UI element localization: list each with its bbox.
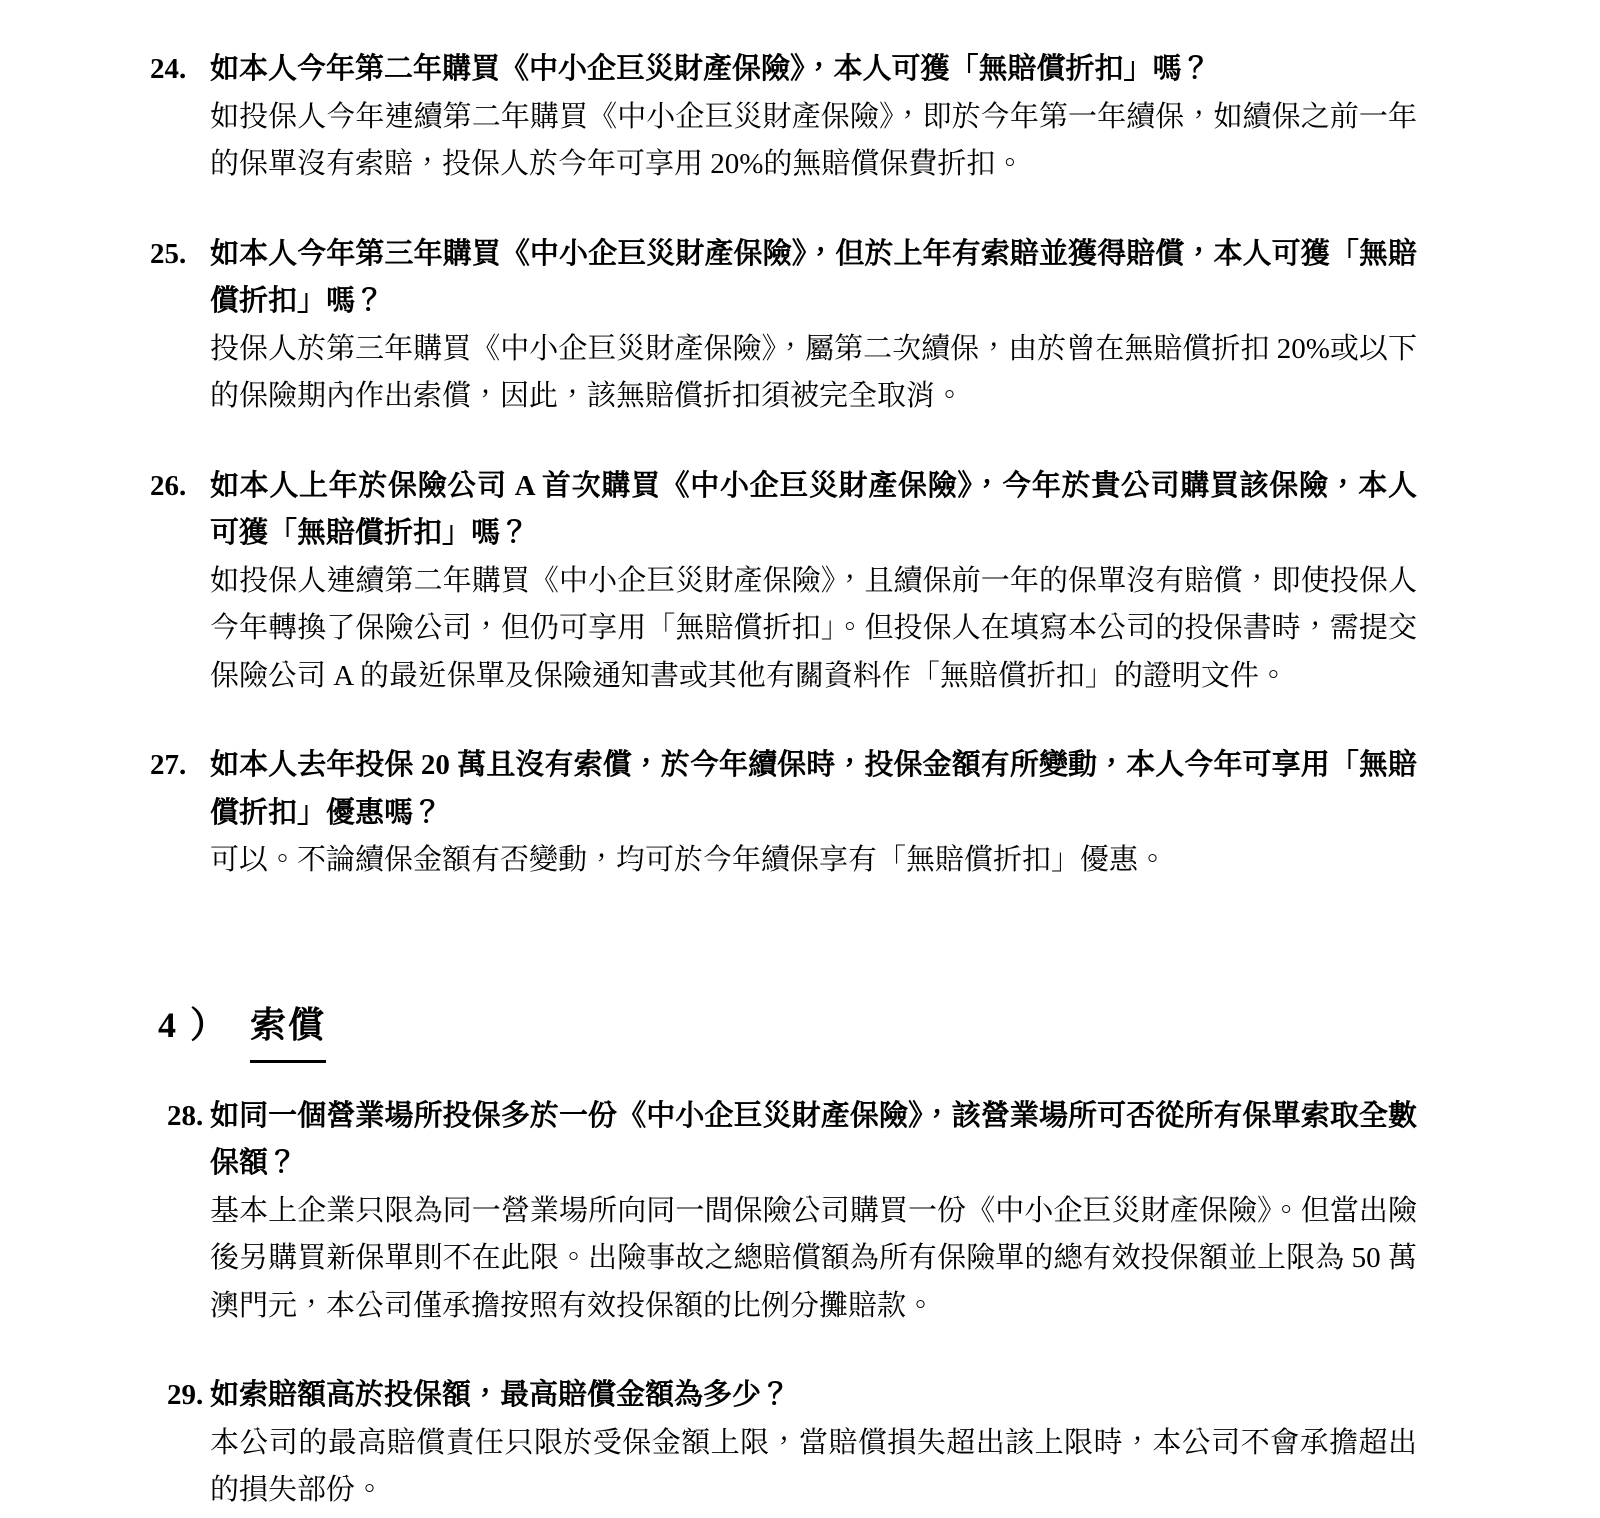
section-title: 索償 <box>250 997 326 1063</box>
answer-text: 投保人於第三年購買《中小企巨災財產保險》，屬第二次續保，由於曾在無賠償折扣 20… <box>210 326 1417 421</box>
document-page: 24. 如本人今年第二年購買《中小企巨災財產保險》，本人可獲「無賠償折扣」嗎？ … <box>0 0 1600 1518</box>
question-text: 如索賠額高於投保額，最高賠償金額為多少？ <box>210 1372 1417 1420</box>
faq-body: 如同一個營業場所投保多於一份《中小企巨災財產保險》，該營業場所可否從所有保單索取… <box>210 1093 1417 1331</box>
faq-body: 如本人今年第三年購買《中小企巨災財產保險》，但於上年有索賠並獲得賠償，本人可獲「… <box>210 231 1417 421</box>
answer-text: 可以。不論續保金額有否變動，均可於今年續保享有「無賠償折扣」優惠。 <box>210 837 1417 885</box>
section-header-claims: 4）索償 <box>158 997 1417 1063</box>
faq-body: 如本人今年第二年購買《中小企巨災財產保險》，本人可獲「無賠償折扣」嗎？ 如投保人… <box>210 46 1417 189</box>
faq-item-26: 26. 如本人上年於保險公司 A 首次購買《中小企巨災財產保險》，今年於貴公司購… <box>150 463 1417 701</box>
answer-text: 如投保人今年連續第二年購買《中小企巨災財產保險》，即於今年第一年續保，如續保之前… <box>210 94 1417 189</box>
question-number: 29. <box>150 1372 210 1515</box>
question-text: 如本人今年第三年購買《中小企巨災財產保險》，但於上年有索賠並獲得賠償，本人可獲「… <box>210 231 1417 326</box>
question-text: 如本人上年於保險公司 A 首次購買《中小企巨災財產保險》，今年於貴公司購買該保險… <box>210 463 1417 558</box>
question-number: 25. <box>150 231 210 421</box>
faq-item-24: 24. 如本人今年第二年購買《中小企巨災財產保險》，本人可獲「無賠償折扣」嗎？ … <box>150 46 1417 189</box>
faq-body: 如本人上年於保險公司 A 首次購買《中小企巨災財產保險》，今年於貴公司購買該保險… <box>210 463 1417 701</box>
faq-item-25: 25. 如本人今年第三年購買《中小企巨災財產保險》，但於上年有索賠並獲得賠償，本… <box>150 231 1417 421</box>
faq-item-28: 28. 如同一個營業場所投保多於一份《中小企巨災財產保險》，該營業場所可否從所有… <box>150 1093 1417 1331</box>
answer-text: 本公司的最高賠償責任只限於受保金額上限，當賠償損失超出該上限時，本公司不會承擔超… <box>210 1420 1417 1515</box>
question-text: 如同一個營業場所投保多於一份《中小企巨災財產保險》，該營業場所可否從所有保單索取… <box>210 1093 1417 1188</box>
faq-item-29: 29. 如索賠額高於投保額，最高賠償金額為多少？ 本公司的最高賠償責任只限於受保… <box>150 1372 1417 1515</box>
answer-text: 如投保人連續第二年購買《中小企巨災財產保險》，且續保前一年的保單沒有賠償，即使投… <box>210 558 1417 701</box>
question-number: 26. <box>150 463 210 701</box>
question-text: 如本人去年投保 20 萬且沒有索償，於今年續保時，投保金額有所變動，本人今年可享… <box>210 742 1417 837</box>
question-number: 24. <box>150 46 210 189</box>
section-number: 4） <box>158 1005 240 1045</box>
question-text: 如本人今年第二年購買《中小企巨災財產保險》，本人可獲「無賠償折扣」嗎？ <box>210 46 1417 94</box>
faq-item-27: 27. 如本人去年投保 20 萬且沒有索償，於今年續保時，投保金額有所變動，本人… <box>150 742 1417 885</box>
faq-body: 如索賠額高於投保額，最高賠償金額為多少？ 本公司的最高賠償責任只限於受保金額上限… <box>210 1372 1417 1515</box>
answer-text: 基本上企業只限為同一營業場所向同一間保險公司購買一份《中小企巨災財產保險》。但當… <box>210 1188 1417 1331</box>
question-number: 27. <box>150 742 210 885</box>
question-number: 28. <box>150 1093 210 1331</box>
faq-body: 如本人去年投保 20 萬且沒有索償，於今年續保時，投保金額有所變動，本人今年可享… <box>210 742 1417 885</box>
